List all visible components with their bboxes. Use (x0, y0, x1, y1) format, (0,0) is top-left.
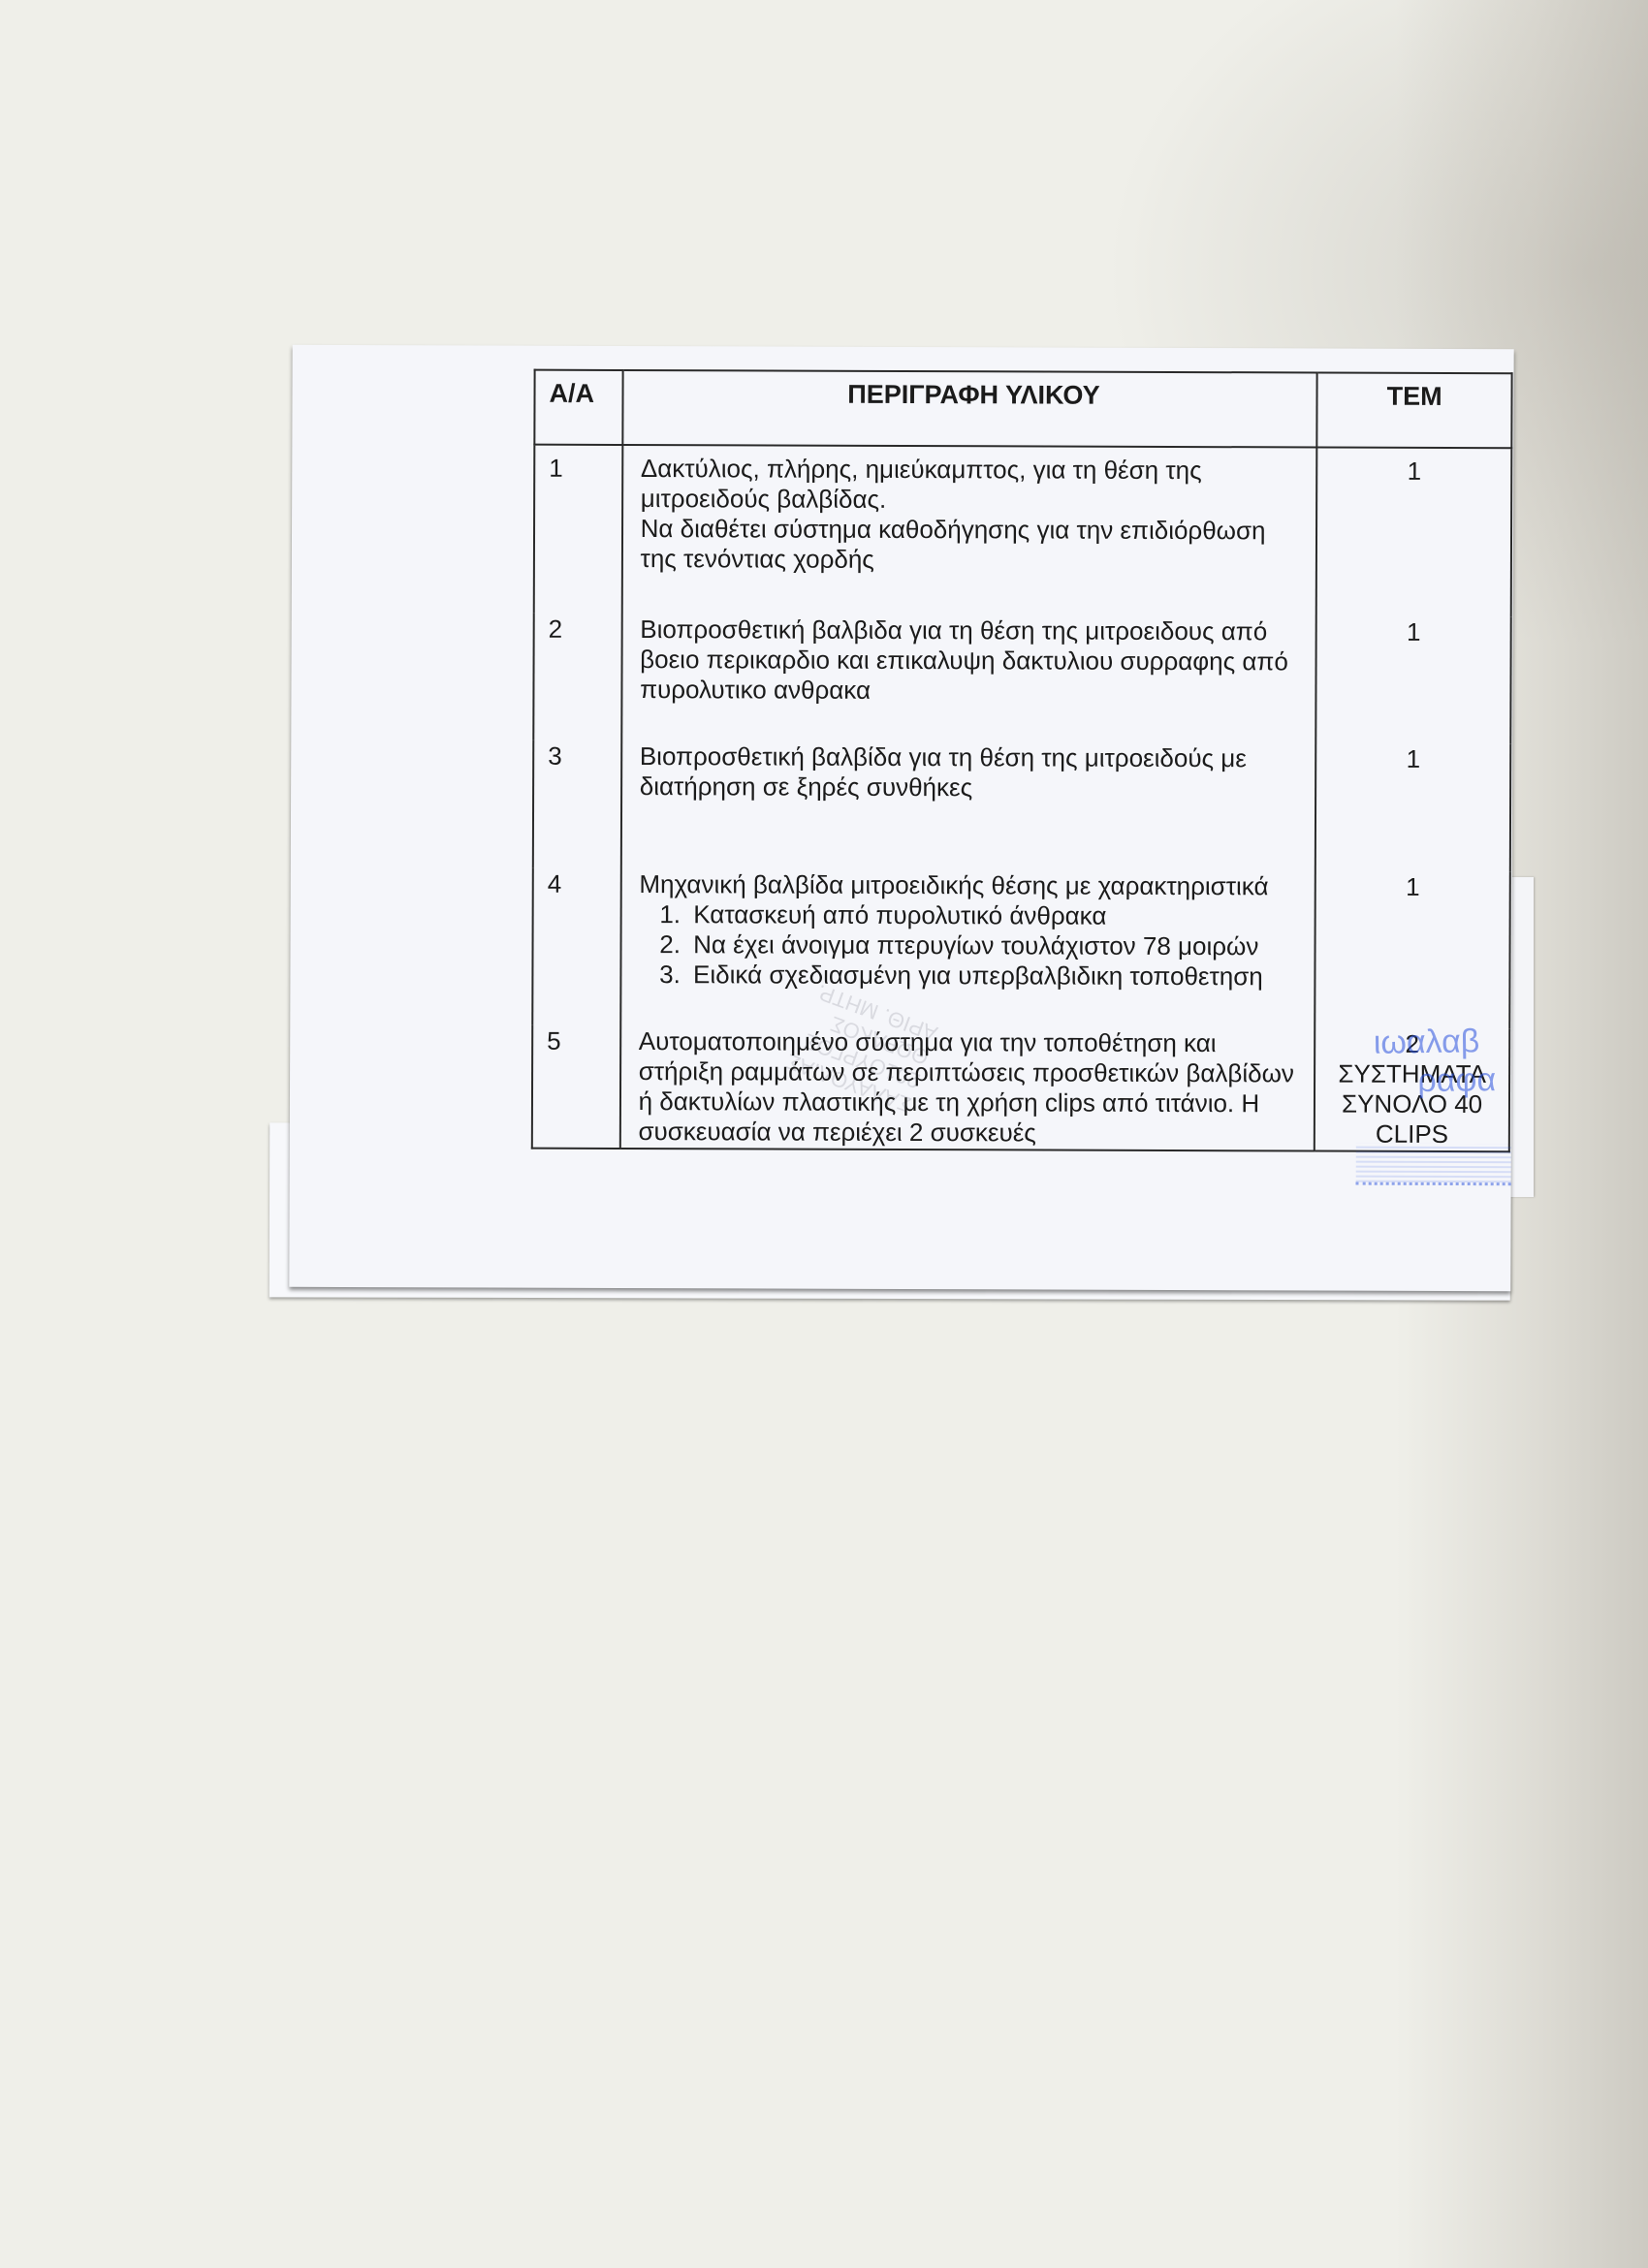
row-description: Μηχανική βαλβίδα μιτροειδικής θέσης με χ… (620, 868, 1315, 1028)
materials-table: Α/Α ΠΕΡΙΓΡΑΦΗ ΥΛΙΚΟΥ ΤΕΜ 1 Δακτύλιος, πλ… (531, 369, 1513, 1153)
row-number: 1 (534, 445, 622, 614)
table-row: 5 Αυτοματοποιημένο σύστημα για την τοποθ… (532, 1025, 1509, 1152)
description-line: Να διαθέτει σύστημα καθοδήγησης για την … (641, 514, 1307, 576)
blue-stamp-fragment: ιωαλαβ ραφα (1374, 1022, 1497, 1101)
description-line: Μηχανική βαλβίδα μιτροειδικής θέσης με χ… (639, 869, 1305, 901)
row-number: 5 (532, 1025, 620, 1149)
table-row: 1 Δακτύλιος, πλήρης, ημιεύκαμπτος, για τ… (534, 445, 1512, 617)
stamp-line: ιωαλαβ (1374, 1022, 1496, 1062)
row-description: Βιοπροσθετική βαλβιδα για τη θέση της μι… (621, 614, 1316, 743)
table-row: 4 Μηχανική βαλβίδα μιτροειδικής θέσης με… (532, 868, 1510, 1029)
description-line: Βιοπροσθετική βαλβίδα για τη θέση της μι… (640, 741, 1306, 803)
row-description: Βιοπροσθετική βαλβίδα για τη θέση της μι… (620, 740, 1315, 871)
header-aa: Α/Α (534, 370, 622, 445)
row-quantity: 1 (1316, 615, 1511, 743)
description-line: Δακτύλιος, πλήρης, ημιεύκαμπτος, για τη … (641, 454, 1307, 516)
feature-item: Να έχει άνοιγμα πτερυγίων τουλάχιστον 78… (687, 929, 1305, 961)
document-page: ΣΑΛΑΥΟΛΙΑΣ201ΟΥΡΓΟΣΘΩΡΑΚΟΣΑΡΙΘ. ΜΗΤΡ. Α/… (289, 345, 1513, 1291)
feature-item: Κατασκευή από πυρολυτικό άνθρακα (687, 899, 1305, 931)
row-description: Δακτύλιος, πλήρης, ημιεύκαμπτος, για τη … (621, 445, 1316, 616)
row-number: 4 (532, 868, 620, 1025)
row-quantity: 1 (1315, 870, 1510, 1028)
feature-list: Κατασκευή από πυρολυτικό άνθρακα Να έχει… (639, 899, 1305, 992)
feature-item: Ειδικά σχεδιασμένη για υπερβαλβιδικη τοπ… (687, 960, 1305, 992)
row-description: Αυτοματοποιημένο σύστημα για την τοποθέτ… (619, 1025, 1315, 1151)
header-quantity: ΤΕΜ (1317, 372, 1512, 448)
row-quantity: 1 (1315, 742, 1510, 871)
blue-stamp-ink (1356, 1144, 1511, 1186)
stamp-line: ραφα (1374, 1060, 1496, 1101)
description-line: Βιοπροσθετική βαλβιδα για τη θέση της μι… (640, 614, 1306, 707)
row-number: 2 (533, 614, 621, 740)
table-row: 3 Βιοπροσθετική βαλβίδα για τη θέση της … (533, 740, 1510, 872)
header-description: ΠΕΡΙΓΡΑΦΗ ΥΛΙΚΟΥ (622, 370, 1317, 448)
description-line: Αυτοματοποιημένο σύστημα για την τοποθέτ… (638, 1026, 1304, 1149)
row-number: 3 (533, 740, 621, 868)
row-quantity: 1 (1316, 447, 1511, 616)
table-row: 2 Βιοπροσθετική βαλβιδα για τη θέση της … (533, 614, 1510, 744)
table-header-row: Α/Α ΠΕΡΙΓΡΑΦΗ ΥΛΙΚΟΥ ΤΕΜ (534, 370, 1511, 449)
